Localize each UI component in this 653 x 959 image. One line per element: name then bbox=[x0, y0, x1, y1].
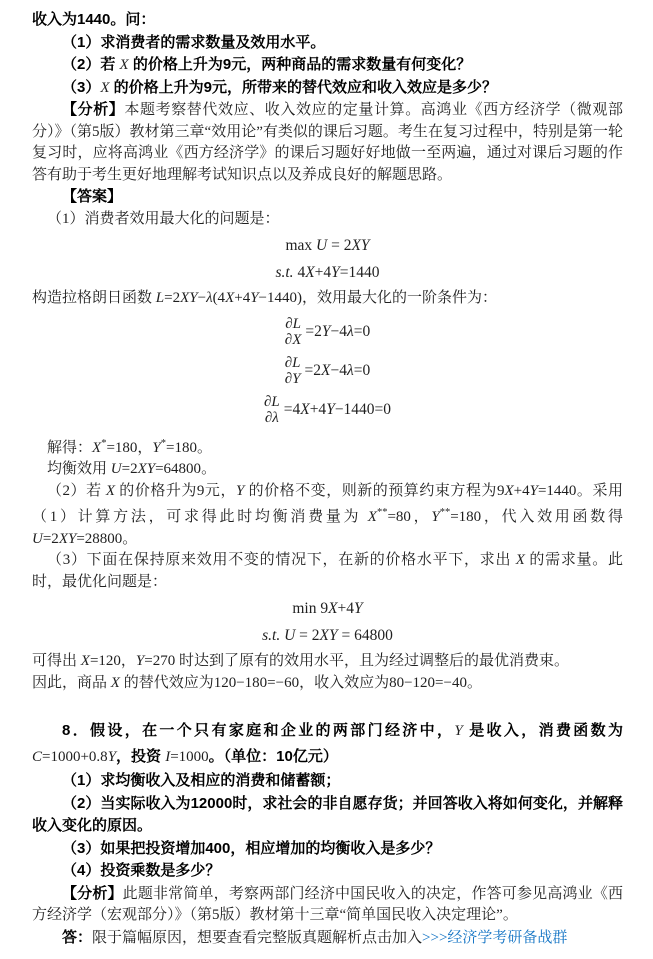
text-run: 。 bbox=[197, 440, 212, 456]
text-run: U bbox=[316, 237, 327, 254]
text-run: +4 bbox=[234, 290, 250, 306]
text-run: X bbox=[111, 675, 120, 691]
text-run: Y bbox=[108, 749, 116, 765]
eq-foc-x: ∂L∂X=2Y−4λ=0 bbox=[32, 316, 623, 349]
text-run: （3）如果把投资增加400，相应增加的均衡收入是多少？ bbox=[62, 840, 440, 857]
text-run: Y bbox=[136, 653, 144, 669]
text-run: X bbox=[300, 401, 309, 418]
income-line: 收入为1440。问： bbox=[32, 9, 623, 32]
text-run: 。（单位：10亿元） bbox=[209, 748, 338, 765]
text-run: 的价格升为9元， bbox=[115, 483, 236, 499]
text-run: 4 bbox=[294, 264, 306, 281]
math-fraction: ∂L∂X bbox=[285, 316, 302, 349]
text-run: 。 bbox=[122, 531, 137, 547]
text-run: Y bbox=[530, 483, 538, 499]
text-run: =80 bbox=[387, 509, 410, 525]
text-run: ** bbox=[440, 507, 451, 518]
answer-2-para: （2）若 X 的价格升为9元，Y 的价格不变，则新的预算约束方程为9X+4Y=1… bbox=[32, 481, 623, 551]
text-run: 的价格上升为9元，所带来的替代效应和收入效应是多少？ bbox=[110, 79, 498, 96]
text-run: (4 bbox=[213, 290, 226, 306]
lagrange-para: 构造拉格朗日函数 L=2XY−λ(4X+4Y−1440)，效用最大化的一阶条件为… bbox=[32, 288, 623, 310]
eq-foc-lambda: ∂L∂λ=4X+4Y−1440=0 bbox=[32, 394, 623, 427]
text-run: X bbox=[328, 600, 337, 617]
text-run: ， bbox=[121, 653, 136, 669]
q7-sub1: （1）求消费者的需求数量及效用水平。 bbox=[32, 32, 623, 55]
section-spacer bbox=[32, 694, 623, 718]
text-run: （1）消费者效用最大化的问题是： bbox=[47, 211, 280, 227]
q8-sub4: （4）投资乘数是多少？ bbox=[32, 860, 623, 883]
fraction-denominator: ∂λ bbox=[264, 410, 280, 427]
text-run: +4 bbox=[310, 401, 327, 418]
text-run: =180 bbox=[166, 440, 197, 456]
text-run: =64800 bbox=[155, 461, 201, 477]
q7-sub2: （2）若 X 的价格上升为9元，两种商品的需求数量有何变化？ bbox=[32, 54, 623, 77]
text-run: （2）当实际收入为12000时，求社会的非自愿存货；并回答收入将如何变化，并解释… bbox=[32, 795, 623, 835]
q7-sub3: （3）X 的价格上升为9元，所带来的替代效应和收入效应是多少？ bbox=[32, 77, 623, 100]
text-run: X bbox=[516, 552, 525, 568]
analysis-8-para: 【分析】此题非常简单，考察两部门经济中国民收入的决定，作答可参见高鸿业《西方经济… bbox=[32, 883, 623, 927]
document-content: 收入为1440。问：（1）求消费者的需求数量及效用水平。（2）若 X 的价格上升… bbox=[32, 9, 623, 949]
text-run: X bbox=[120, 57, 129, 73]
text-run: =2 bbox=[305, 323, 322, 340]
text-run: （4）投资乘数是多少？ bbox=[62, 862, 220, 879]
text-run: X bbox=[321, 362, 330, 379]
text-run: ，投资 bbox=[116, 748, 165, 765]
text-run: U bbox=[284, 627, 295, 644]
text-run: X bbox=[368, 509, 377, 525]
text-run: X bbox=[92, 440, 101, 456]
text-run: =120 bbox=[90, 653, 121, 669]
q8-sub1: （1）求均衡收入及相应的消费和储蓄额； bbox=[32, 770, 623, 793]
equilibrium-utility-line: 均衡效用 U=2XY=64800。 bbox=[32, 459, 623, 481]
text-run: −4 bbox=[330, 323, 347, 340]
text-run: X bbox=[504, 483, 513, 499]
text-run: ，效用最大化的一阶条件为： bbox=[302, 290, 497, 306]
answer-3-intro: （3）下面在保持原来效用不变的情况下，在新的价格水平下，求出 X 的需求量。此时… bbox=[32, 550, 623, 593]
text-run: U bbox=[32, 531, 43, 547]
text-run: =2 bbox=[43, 531, 59, 547]
text-run: =2 bbox=[305, 362, 322, 379]
text-run: =180 bbox=[450, 509, 481, 525]
text-run: =28800 bbox=[76, 531, 122, 547]
text-run: =4 bbox=[284, 401, 301, 418]
fraction-numerator: ∂L bbox=[285, 355, 301, 372]
text-run: λ bbox=[347, 323, 354, 340]
q8-sub2: （2）当实际收入为12000时，求社会的非自愿存货；并回答收入将如何变化，并解释… bbox=[32, 793, 623, 838]
fraction-denominator: ∂Y bbox=[285, 371, 301, 388]
text-run: XY bbox=[138, 461, 156, 477]
text-run: s.t. bbox=[275, 264, 293, 281]
text-run: 8．假设，在一个只有家庭和企业的两部门经济中， bbox=[62, 722, 454, 739]
text-run: =180 bbox=[106, 440, 137, 456]
text-run: Y bbox=[431, 509, 439, 525]
text-run: Y bbox=[250, 290, 258, 306]
eq-budget-constraint: s.t. 4X+4Y=1440 bbox=[32, 262, 623, 284]
text-run: （3） bbox=[62, 79, 100, 96]
solve-line: 解得：X*=180，Y*=180。 bbox=[32, 433, 623, 460]
text-run: ，代入效用函数得 bbox=[481, 509, 623, 525]
text-run: 的价格不变，则新的预算约束方程为9 bbox=[244, 483, 504, 499]
text-run: −1440=0 bbox=[335, 401, 391, 418]
text-run: 【分析】 bbox=[62, 885, 123, 902]
text-run: =2 bbox=[164, 290, 180, 306]
text-run: +4 bbox=[315, 264, 332, 281]
fraction-denominator: ∂X bbox=[285, 332, 302, 349]
text-run: = 64800 bbox=[338, 627, 393, 644]
text-run: 限于篇幅原因，想要查看完整版真题解析点击加入 bbox=[92, 930, 422, 946]
text-run: =1000+0.8 bbox=[42, 749, 108, 765]
text-run: Y bbox=[326, 401, 335, 418]
text-run: 的价格上升为9元，两种商品的需求数量有何变化？ bbox=[129, 56, 472, 73]
text-run: =2 bbox=[122, 461, 138, 477]
text-run: =1440 bbox=[538, 483, 576, 499]
text-run: L bbox=[156, 290, 164, 306]
eq-min-expenditure: min 9X+4Y bbox=[32, 598, 623, 620]
join-group-link[interactable]: >>>经济学考研备战群 bbox=[422, 930, 567, 946]
text-run: Y bbox=[152, 440, 160, 456]
text-run: 。 bbox=[201, 461, 216, 477]
text-run: λ bbox=[347, 362, 354, 379]
answer-label: 【答案】 bbox=[32, 186, 623, 209]
effects-para: 因此，商品 X 的替代效应为120−180=−60，收入效应为80−120=−4… bbox=[32, 673, 623, 695]
text-run: =0 bbox=[354, 323, 371, 340]
math-fraction: ∂L∂λ bbox=[264, 394, 280, 427]
text-run: 【答案】 bbox=[62, 188, 122, 205]
text-run: =270 bbox=[144, 653, 175, 669]
text-run: −4 bbox=[331, 362, 348, 379]
result-para: 可得出 X=120，Y=270 时达到了原有的效用水平，且为经过调整后的最优消费… bbox=[32, 651, 623, 673]
text-run: s.t. bbox=[262, 627, 284, 644]
text-run: 因此，商品 bbox=[32, 675, 111, 691]
text-run: =1440 bbox=[340, 264, 380, 281]
text-run: （3）下面在保持原来效用不变的情况下，在新的价格水平下，求出 bbox=[47, 552, 516, 568]
text-run: （1）求均衡收入及相应的消费和储蓄额； bbox=[62, 772, 340, 789]
text-run: （2）若 bbox=[62, 56, 120, 73]
text-run: 构造拉格朗日函数 bbox=[32, 290, 156, 306]
footer-note: 答：限于篇幅原因，想要查看完整版真题解析点击加入>>>经济学考研备战群 bbox=[32, 927, 623, 950]
text-run: Y bbox=[354, 600, 363, 617]
text-run: 均衡效用 bbox=[47, 461, 111, 477]
fraction-numerator: ∂L bbox=[285, 316, 302, 333]
answer-1-intro: （1）消费者效用最大化的问题是： bbox=[32, 209, 623, 231]
eq-utility-constraint: s.t. U = 2XY = 64800 bbox=[32, 625, 623, 647]
text-run: 【分析】 bbox=[62, 101, 124, 118]
text-run: 解得： bbox=[47, 440, 92, 456]
eq-max-utility: max U = 2XY bbox=[32, 235, 623, 257]
text-run: Y bbox=[454, 723, 462, 739]
text-run: max bbox=[285, 237, 316, 254]
text-run: XY bbox=[180, 290, 198, 306]
text-run: XY bbox=[59, 531, 77, 547]
text-run: ， bbox=[137, 440, 152, 456]
q8-sub3: （3）如果把投资增加400，相应增加的均衡收入是多少？ bbox=[32, 838, 623, 861]
document-page: 收入为1440。问：（1）求消费者的需求数量及效用水平。（2）若 X 的价格上升… bbox=[0, 0, 653, 959]
text-run: min 9 bbox=[292, 600, 328, 617]
analysis-7-para: 【分析】本题考察替代效应、收入效应的定量计算。高鸿业《西方经济学（微观部分）》（… bbox=[32, 99, 623, 186]
text-run: X bbox=[81, 653, 90, 669]
text-run: 答： bbox=[62, 929, 92, 946]
eq-foc-y: ∂L∂Y=2X−4λ=0 bbox=[32, 355, 623, 388]
text-run: 是收入，消费函数为 bbox=[463, 722, 623, 739]
text-run: X bbox=[100, 80, 109, 96]
text-run: X bbox=[305, 264, 314, 281]
text-run: = 2 bbox=[327, 237, 351, 254]
text-run: 的替代效应为120−180=−60，收入效应为80−120=−40。 bbox=[120, 675, 482, 691]
text-run: （1）求消费者的需求数量及效用水平。 bbox=[62, 34, 325, 51]
text-run: +4 bbox=[514, 483, 530, 499]
text-run: X bbox=[106, 483, 115, 499]
text-run: =0 bbox=[354, 362, 371, 379]
text-run: =1000 bbox=[170, 749, 208, 765]
text-run: XY bbox=[320, 627, 338, 644]
text-run: X bbox=[225, 290, 234, 306]
math-fraction: ∂L∂Y bbox=[285, 355, 301, 388]
text-run: Y bbox=[331, 264, 340, 281]
text-run: = 2 bbox=[295, 627, 319, 644]
problem8-heading: 8．假设，在一个只有家庭和企业的两部门经济中，Y 是收入，消费函数为 C=100… bbox=[32, 718, 623, 770]
text-run: C bbox=[32, 749, 42, 765]
text-run: −1440) bbox=[259, 290, 302, 306]
text-run: XY bbox=[351, 237, 369, 254]
text-run: 时达到了原有的效用水平，且为经过调整后的最优消费束。 bbox=[175, 653, 569, 669]
text-run: （2）若 bbox=[47, 483, 106, 499]
text-run: ** bbox=[377, 507, 388, 518]
text-run: ， bbox=[411, 509, 431, 525]
text-run: U bbox=[111, 461, 122, 477]
text-run: − bbox=[198, 290, 206, 306]
text-run: 收入为1440。问： bbox=[32, 11, 155, 28]
text-run: +4 bbox=[338, 600, 355, 617]
fraction-numerator: ∂L bbox=[264, 394, 280, 411]
text-run: 可得出 bbox=[32, 653, 81, 669]
